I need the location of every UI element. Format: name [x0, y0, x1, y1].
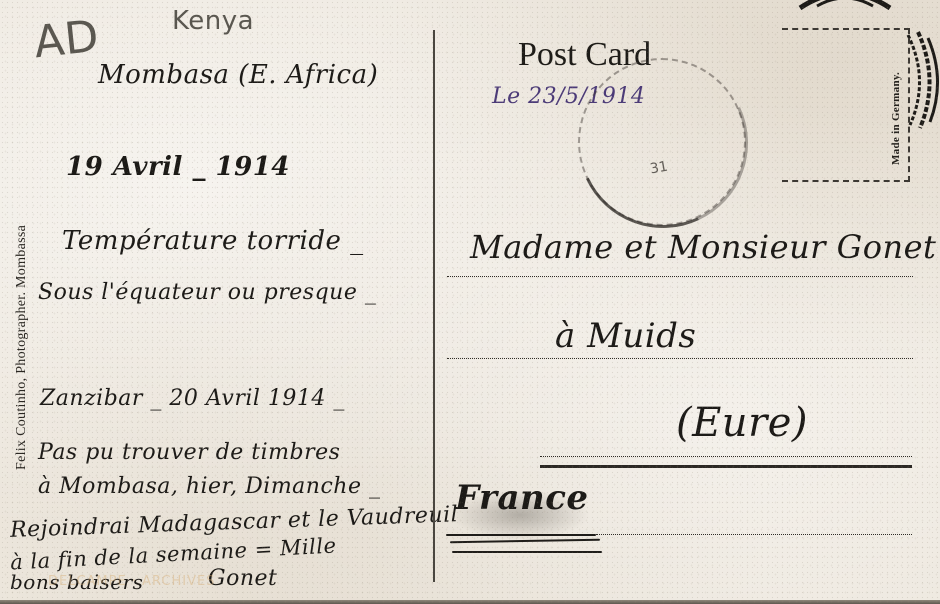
pencil-country-note: Kenya: [172, 6, 254, 36]
address-line-1-rule: [447, 276, 913, 277]
address-department: (Eure): [676, 400, 808, 446]
address-line-3-solid-rule: [540, 465, 912, 468]
country-underline-2: [450, 539, 600, 544]
address-town: à Muids: [555, 316, 696, 356]
address-line-4-rule: [596, 534, 912, 535]
postmark-fragment: 31: [649, 159, 669, 178]
cancellation-wave-top-icon: [795, 0, 895, 10]
message-place-1: Mombasa (E. Africa): [98, 60, 378, 90]
watermark: DELCAMPE · ARCHIVES: [48, 574, 215, 589]
message-line-5: Rejoindrai Madagascar et le Vaudreuil: [10, 502, 459, 543]
message-place-date-2: Zanzibar _ 20 Avril 1914 _: [40, 386, 345, 411]
message-signature: Gonet: [208, 566, 277, 591]
country-underline-1: [446, 534, 596, 536]
address-line-2-rule: [447, 358, 913, 359]
message-line-4: à Mombasa, hier, Dimanche _: [38, 474, 380, 499]
center-divider: [433, 30, 435, 582]
country-underline-3: [452, 551, 602, 553]
message-line-2: Sous l'équateur ou presque _: [38, 280, 376, 305]
message-line-1: Température torride _: [62, 226, 364, 256]
message-date-1: 19 Avril _ 1914: [66, 152, 290, 182]
made-in-germany-label: Made in Germany.: [890, 72, 902, 165]
address-line-3-rule: [540, 456, 912, 457]
publisher-imprint: Felix Coutinho, Photographer. Mombassa: [14, 225, 30, 470]
pencil-initials: AD: [32, 11, 102, 69]
address-recipient: Madame et Monsieur Gonet: [470, 228, 936, 266]
card-bottom-edge: [0, 600, 940, 604]
message-line-3: Pas pu trouver de timbres: [38, 440, 340, 465]
postcard-back: Felix Coutinho, Photographer. Mombassa A…: [0, 0, 940, 604]
address-country: France: [455, 478, 589, 518]
